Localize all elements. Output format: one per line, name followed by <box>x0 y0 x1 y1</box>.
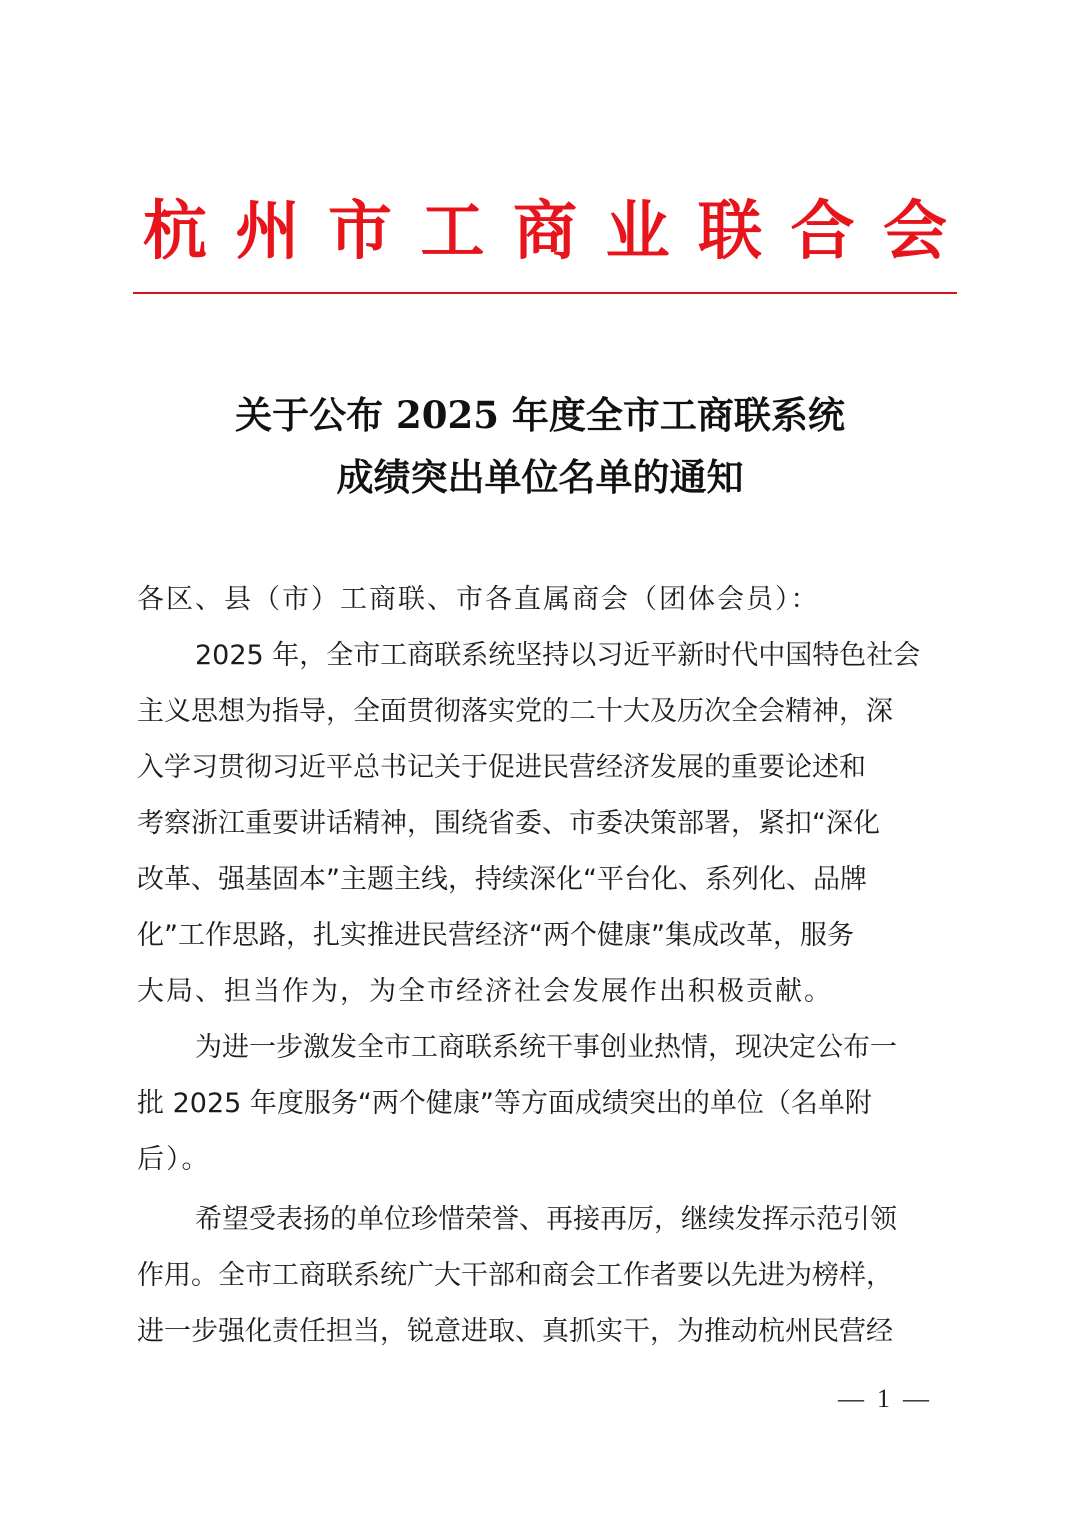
letterhead-char: 业 <box>598 192 678 272</box>
paragraph-3-line: 希望受表扬的单位珍惜荣誉、再接再厉，继续发挥示范引领 <box>137 1192 945 1248</box>
document-body: 各区、县（市）工商联、市各直属商会（团体会员）： 2025 年，全市工商联系统坚… <box>137 572 945 1360</box>
paragraph-3-line: 作用。全市工商联系统广大干部和商会工作者要以先进为榜样， <box>137 1248 945 1304</box>
salutation: 各区、县（市）工商联、市各直属商会（团体会员）： <box>137 572 945 628</box>
letterhead-char: 市 <box>320 192 400 272</box>
letterhead-char: 联 <box>690 192 770 272</box>
paragraph-1-line: 主义思想为指导，全面贯彻落实党的二十大及历次全会精神，深 <box>137 684 945 740</box>
letterhead-divider <box>133 292 957 294</box>
document-title-line-2: 成绩突出单位名单的通知 <box>0 447 1080 501</box>
paragraph-2-line: 为进一步激发全市工商联系统干事创业热情，现决定公布一 <box>137 1020 945 1076</box>
paragraph-1-line: 改革、强基固本”主题主线，持续深化“平台化、系列化、品牌 <box>137 852 945 908</box>
page-number: — 1 — <box>838 1384 929 1414</box>
letterhead-char: 会 <box>875 192 955 272</box>
paragraph-1-line: 大局、担当作为，为全市经济社会发展作出积极贡献。 <box>137 964 945 1020</box>
document-page: 杭 州 市 工 商 业 联 合 会 关于公布 2025 年度全市工商联系统 成绩… <box>0 0 1080 1528</box>
letterhead-char: 合 <box>783 192 863 272</box>
paragraph-1-line: 入学习贯彻习近平总书记关于促进民营经济发展的重要论述和 <box>137 740 945 796</box>
paragraph-2-line: 后）。 <box>137 1132 945 1188</box>
paragraph-2-line: 批 2025 年度服务“两个健康”等方面成绩突出的单位（名单附 <box>137 1076 945 1132</box>
document-title-line-1: 关于公布 2025 年度全市工商联系统 <box>0 385 1080 439</box>
letterhead-char: 商 <box>505 192 585 272</box>
letterhead-char: 州 <box>228 192 308 272</box>
paragraph-3-line: 进一步强化责任担当，锐意进取、真抓实干，为推动杭州民营经 <box>137 1304 945 1360</box>
paragraph-1-line: 化”工作思路，扎实推进民营经济“两个健康”集成改革，服务 <box>137 908 945 964</box>
organization-letterhead: 杭 州 市 工 商 业 联 合 会 <box>135 192 955 272</box>
paragraph-1-line: 考察浙江重要讲话精神，围绕省委、市委决策部署，紧扣“深化 <box>137 796 945 852</box>
letterhead-char: 杭 <box>135 192 215 272</box>
letterhead-char: 工 <box>413 192 493 272</box>
paragraph-1-line: 2025 年，全市工商联系统坚持以习近平新时代中国特色社会 <box>137 628 945 684</box>
